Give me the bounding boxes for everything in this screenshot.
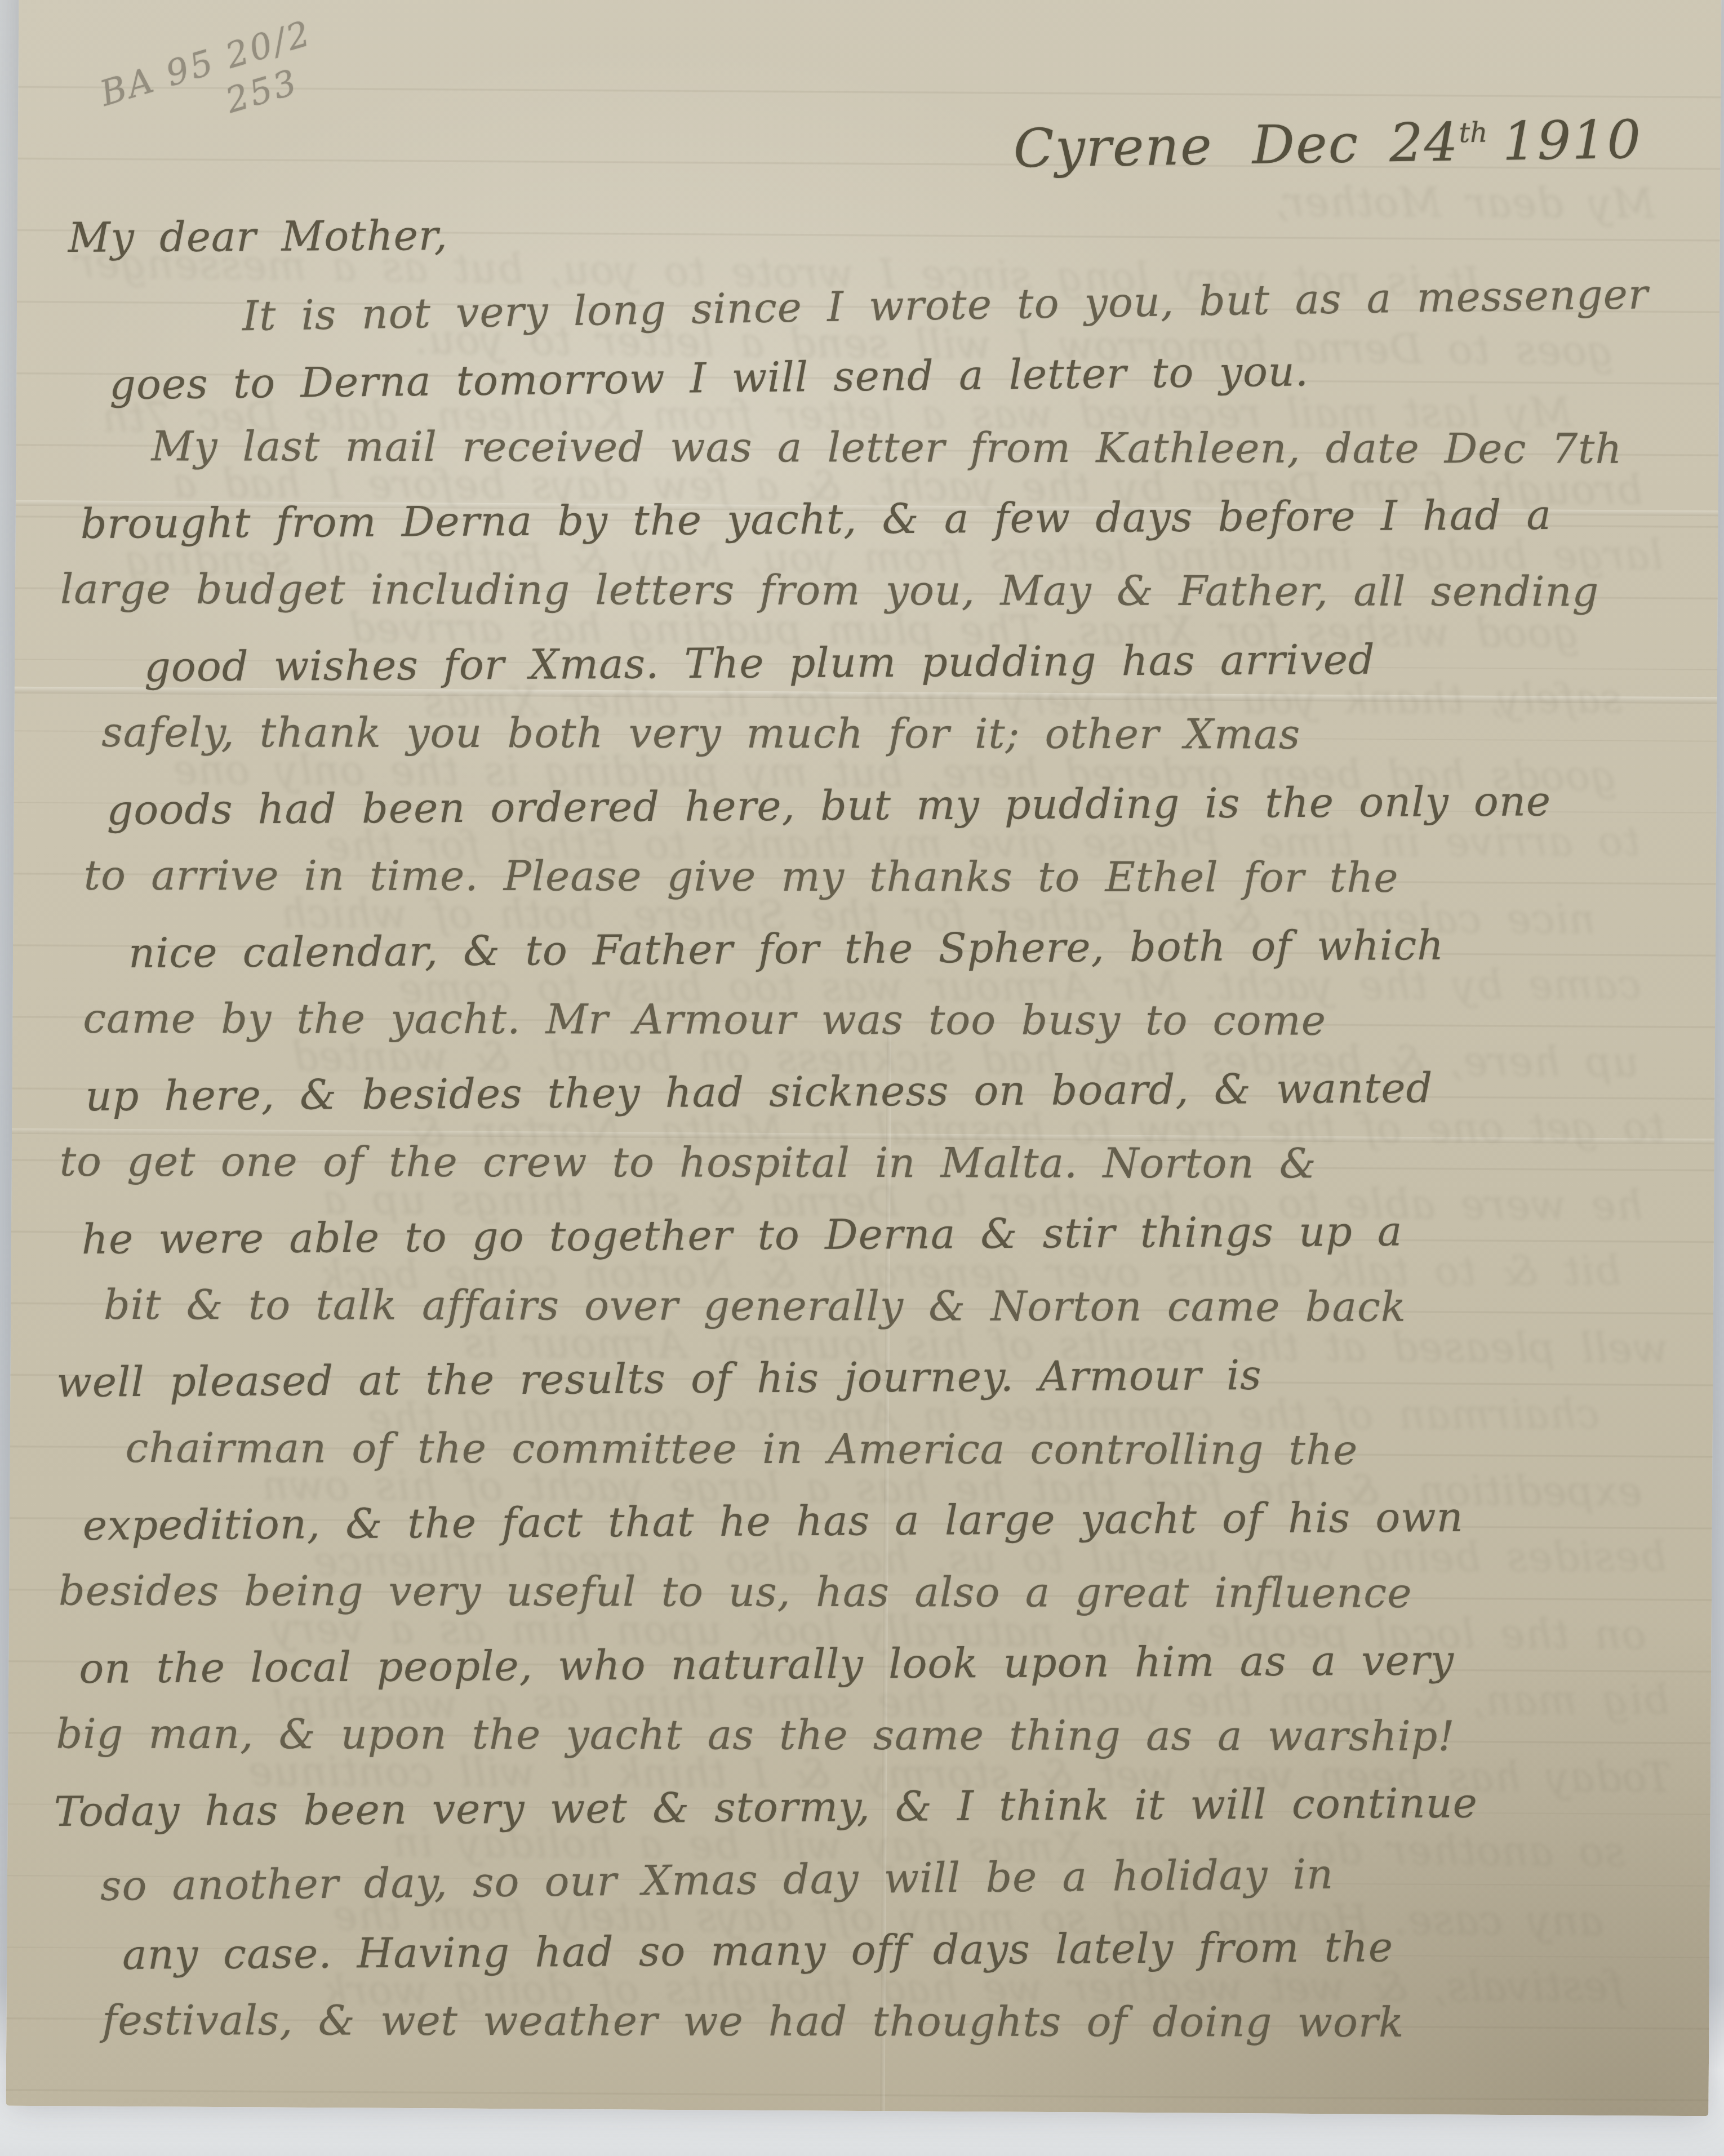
body-line: came by the yacht. Mr Armour was too bus… <box>83 983 1687 1057</box>
body-line: besides being very useful to us, has als… <box>59 1555 1683 1630</box>
body-line: big man, & upon the yacht as the same th… <box>56 1699 1682 1773</box>
body-line: he were able to go together to Derna & s… <box>82 1194 1686 1275</box>
body-line: safely, thank you both very much for it;… <box>101 697 1689 771</box>
letter-text: My dear Mother, It is not very long sinc… <box>46 192 1692 2062</box>
body-line: nice calendar, & to Father for the Spher… <box>128 908 1688 989</box>
letter-page: BA 95 20/2 253 CyreneDec 24th1910 My dea… <box>6 0 1721 2116</box>
body-line: well pleased at the results of his journ… <box>56 1337 1685 1419</box>
body-line: expedition, & the fact that he has a lar… <box>82 1481 1684 1562</box>
body-line: to get one of the crew to hospital in Ma… <box>60 1126 1686 1201</box>
body-line: large budget including letters from you,… <box>60 554 1690 628</box>
photographed-letter: { "document": { "archive_mark": { "code"… <box>0 0 1724 2156</box>
body-line: brought from Derna by the yacht, & a few… <box>80 478 1690 559</box>
body-line: chairman of the committee in America con… <box>126 1412 1685 1487</box>
body-line: to arrive in time. Please give my thanks… <box>84 840 1688 914</box>
body-line: My last mail received was a letter from … <box>151 411 1690 485</box>
body-line: goods had been ordered here, but my pudd… <box>106 765 1689 846</box>
body-line: bit & to talk affairs over generally & N… <box>104 1269 1685 1344</box>
body-line: so another day, so our Xmas day will be … <box>100 1835 1682 1922</box>
body-line: festivals, & wet weather we had thoughts… <box>102 1985 1681 2059</box>
body-line: up here, & besides they had sickness on … <box>85 1051 1687 1132</box>
body-line: on the local people, who naturally look … <box>79 1624 1683 1705</box>
body-line: any case. Having had so many off days la… <box>122 1910 1682 1991</box>
body-line: good wishes for Xmas. The plum pudding h… <box>144 622 1690 703</box>
dateline-ordinal: th <box>1459 116 1488 149</box>
body-line: Today has been very wet & stormy, & I th… <box>54 1766 1682 1848</box>
